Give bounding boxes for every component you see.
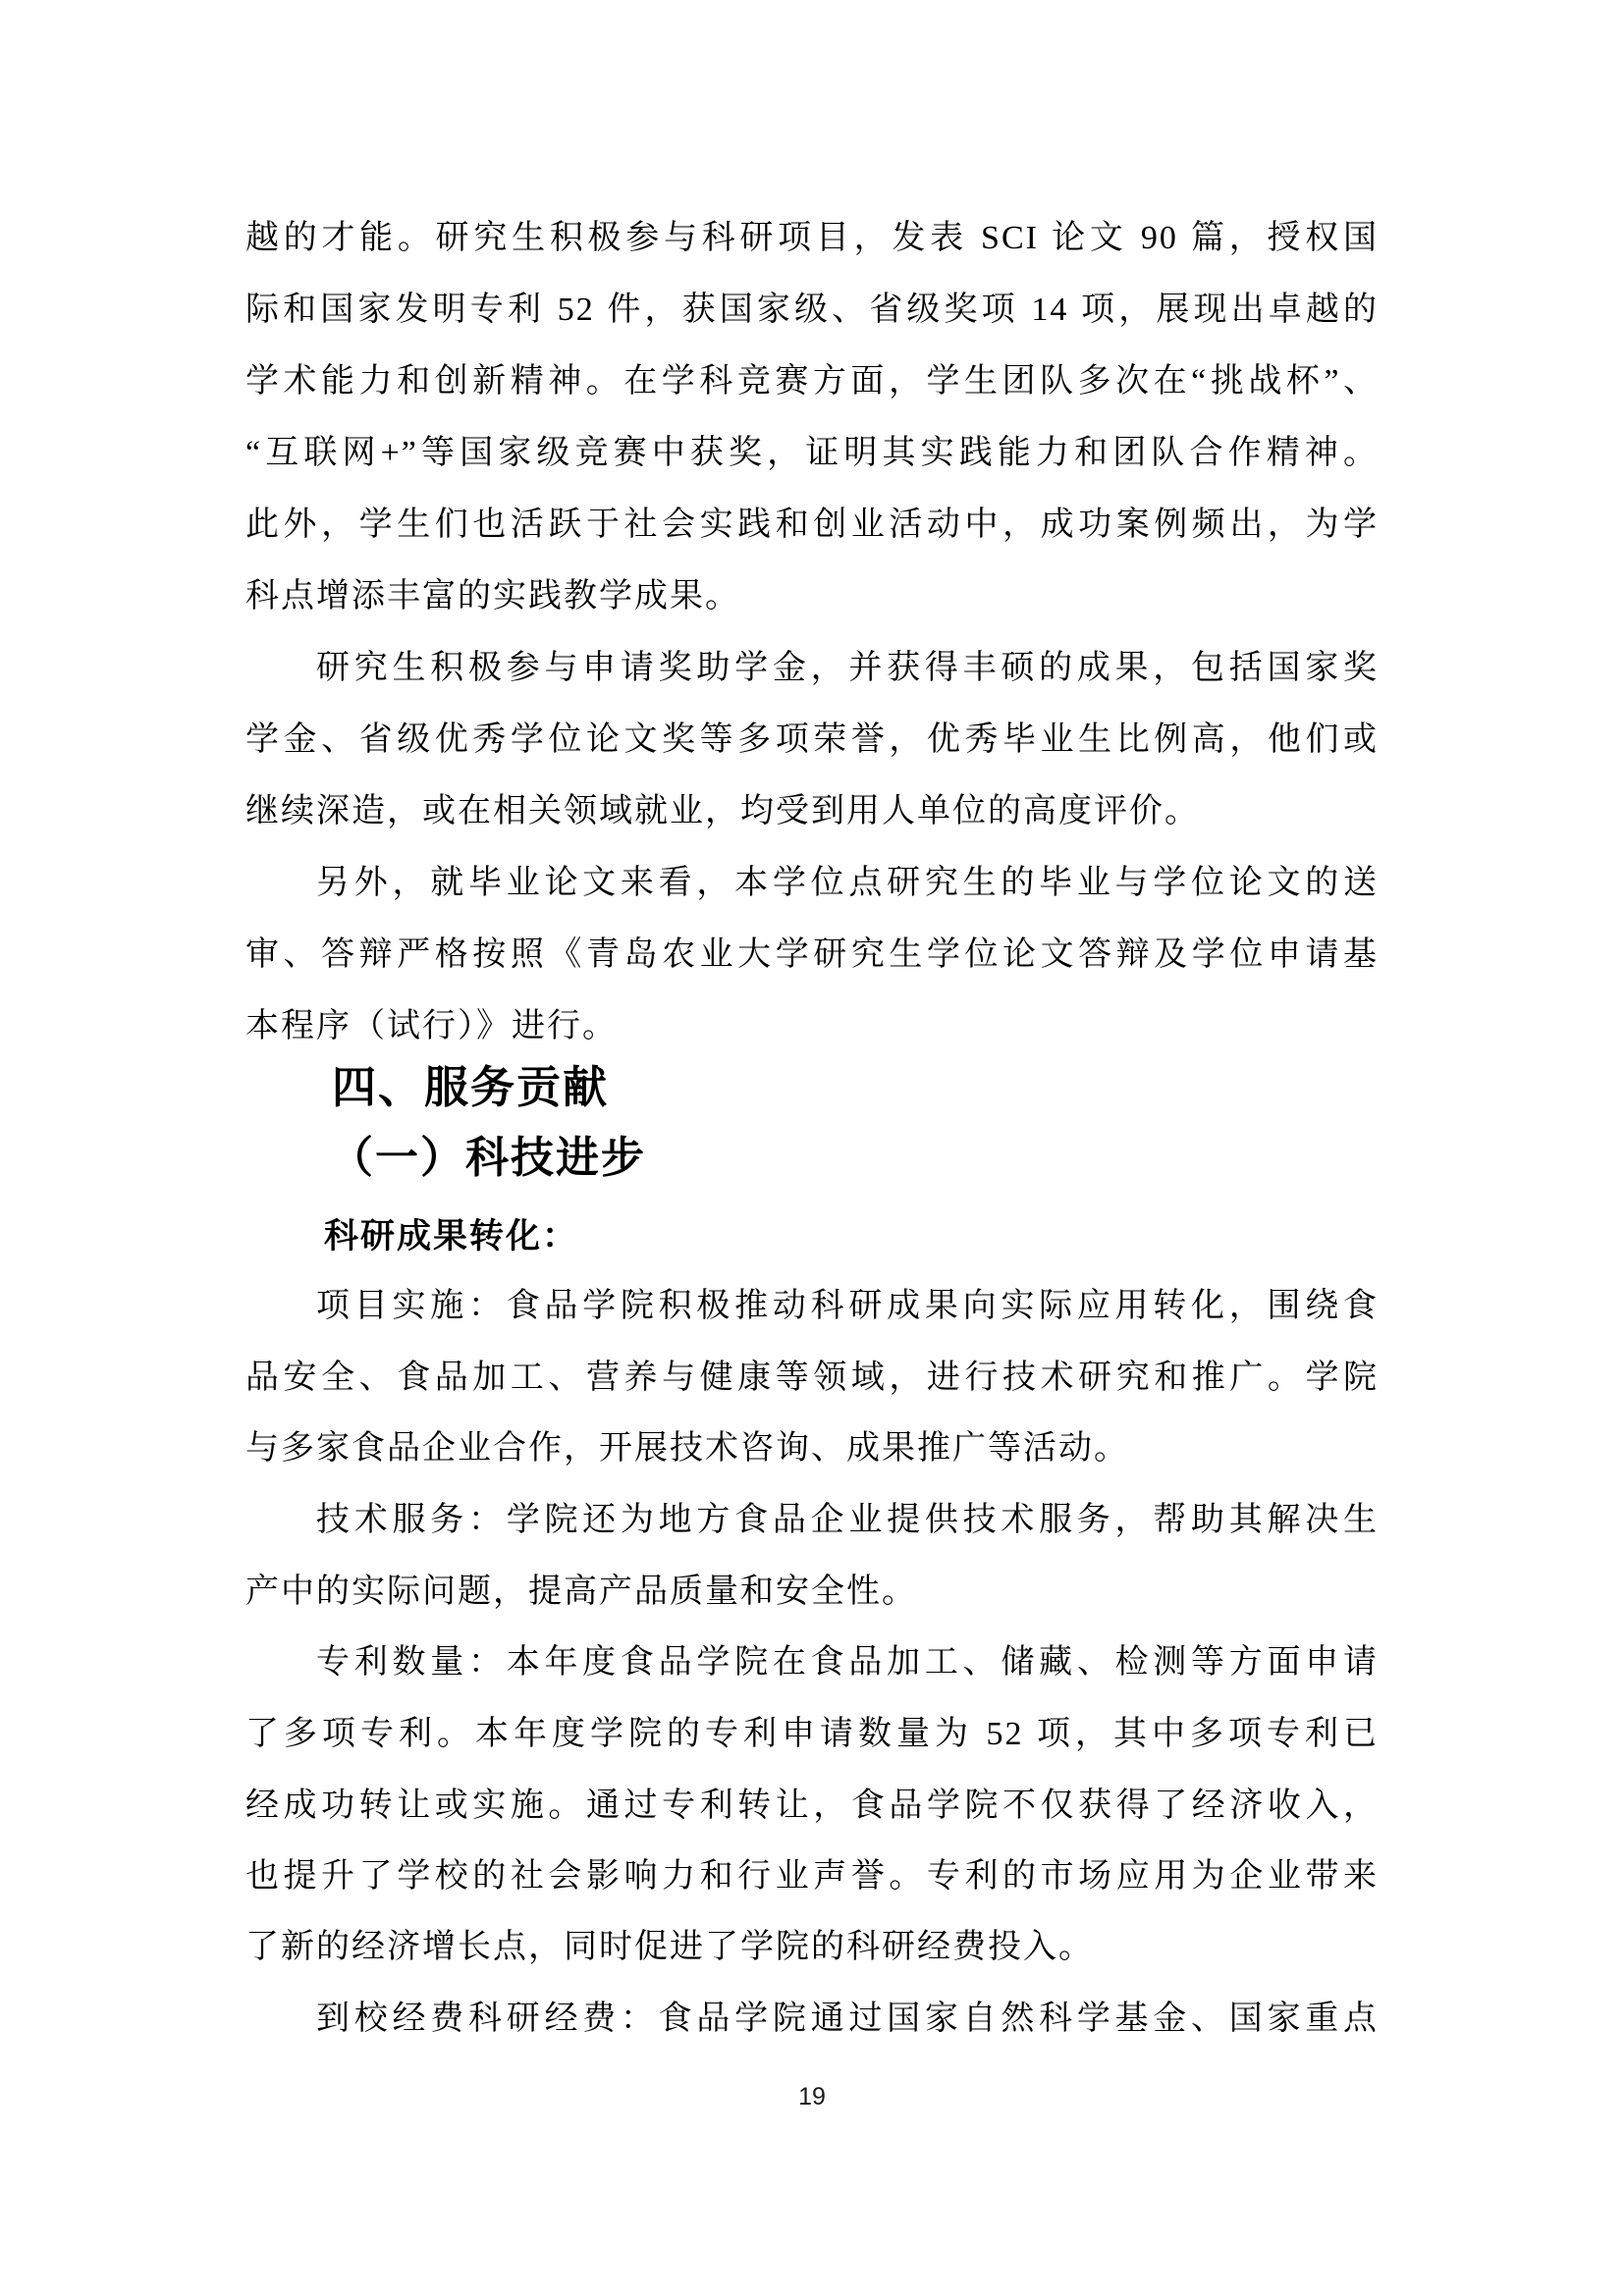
text-line: 此外，学生们也活跃于社会实践和创业活动中，成功案例频出，为学: [245, 505, 1379, 547]
heading-h2: （一）科技进步: [330, 1131, 1312, 1185]
text-line: 审、答辩严格按照《青岛农业大学研究生学位论文答辩及学位申请基: [245, 934, 1379, 977]
text-line: 产中的实际问题，提高产品质量和安全性。: [245, 1572, 1379, 1614]
text-line: 也提升了学校的社会影响力和行业声誉。专利的市场应用为企业带来: [245, 1856, 1379, 1898]
text-line: 了新的经济增长点，同时促进了学院的科研经费投入。: [245, 1927, 1379, 1969]
text-line: 际和国家发明专利 52 件，获国家级、省级奖项 14 项，展现出卓越的: [245, 290, 1379, 332]
text-line: 了多项专利。本年度学院的专利申请数量为 52 项，其中多项专利已: [245, 1714, 1379, 1756]
text-line: 学金、省级优秀学位论文奖等多项荣誉，优秀毕业生比例高，他们或: [245, 720, 1379, 762]
text-line: “互联网+”等国家级竞赛中获奖，证明其实践能力和团队合作精神。: [245, 433, 1379, 475]
text-line: 经成功转让或实施。通过专利转让，食品学院不仅获得了经济收入，: [245, 1786, 1379, 1828]
text-line: 学术能力和创新精神。在学科竞赛方面，学生团队多次在“挑战杯”、: [245, 361, 1379, 403]
text-line: 项目实施：食品学院积极推动科研成果向实际应用转化，围绕食: [245, 1286, 1379, 1328]
text-line: 越的才能。研究生积极参与科研项目，发表 SCI 论文 90 篇，授权国: [245, 218, 1379, 260]
text-line: 技术服务：学院还为地方食品企业提供技术服务，帮助其解决生: [245, 1500, 1379, 1542]
text-line: 专利数量：本年度食品学院在食品加工、储藏、检测等方面申请: [245, 1642, 1379, 1684]
text-line: 另外，就毕业论文来看，本学位点研究生的毕业与学位论文的送: [245, 863, 1379, 905]
heading-h3: 科研成果转化：: [324, 1215, 1306, 1258]
text-line: 品安全、食品加工、营养与健康等领域，进行技术研究和推广。学院: [245, 1358, 1379, 1400]
heading-h1: 四、服务贡献: [332, 1060, 1314, 1115]
text-line: 继续深造，或在相关领域就业，均受到用人单位的高度评价。: [245, 791, 1379, 833]
text-line: 与多家食品企业合作，开展技术咨询、成果推广等活动。: [245, 1428, 1379, 1470]
text-line: 研究生积极参与申请奖助学金，并获得丰硕的成果，包括国家奖: [245, 648, 1379, 690]
document-page: 越的才能。研究生积极参与科研项目，发表 SCI 论文 90 篇，授权国际和国家发…: [0, 0, 1624, 2296]
text-line: 本程序（试行）》进行。: [245, 1006, 1379, 1048]
text-line: 到校经费科研经费：食品学院通过国家自然科学基金、国家重点: [245, 1999, 1379, 2041]
text-line: 科点增添丰富的实践教学成果。: [245, 576, 1379, 618]
page-number: 19: [0, 2083, 1624, 2111]
